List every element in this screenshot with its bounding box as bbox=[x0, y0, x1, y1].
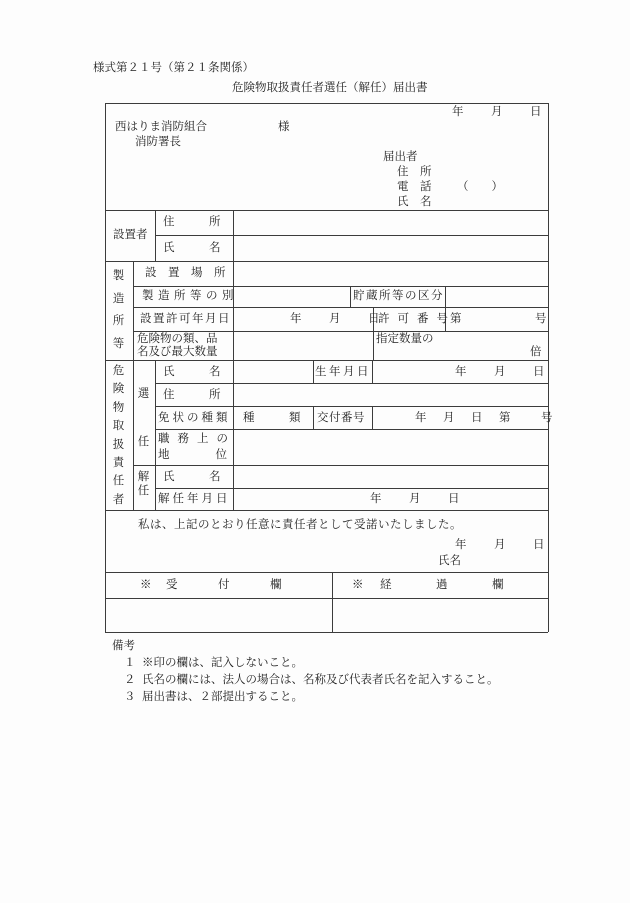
table-border bbox=[105, 572, 548, 573]
remark-item-text: ※印の欄は、記入しないこと。 bbox=[142, 657, 303, 670]
table-border bbox=[372, 360, 373, 383]
table-border bbox=[105, 261, 548, 262]
position-label-line2: 地 位 bbox=[158, 449, 227, 462]
table-border bbox=[133, 286, 548, 287]
permit-number-suffix: 号 bbox=[535, 313, 547, 326]
remark-item-number: １ bbox=[124, 657, 136, 670]
table-border bbox=[155, 210, 156, 261]
reception-column-header: ※ 受 付 欄 bbox=[140, 579, 283, 592]
table-border bbox=[548, 103, 549, 632]
dismiss-date-label: 解任年月日 bbox=[158, 493, 231, 506]
dismissal-label: 解任 bbox=[136, 470, 151, 498]
remark-item-number: ２ bbox=[124, 674, 136, 687]
table-border bbox=[313, 406, 314, 429]
table-border bbox=[155, 488, 548, 489]
table-border bbox=[105, 103, 548, 104]
progress-column-header: ※ 経 過 欄 bbox=[352, 579, 506, 592]
acceptance-date: 年 月 日 bbox=[455, 539, 546, 552]
position-label-line1: 職務上の bbox=[158, 433, 236, 446]
table-border bbox=[105, 360, 548, 361]
installer-name-label: 氏 名 bbox=[163, 242, 221, 255]
installer-address-label: 住 所 bbox=[163, 216, 221, 229]
table-border bbox=[155, 360, 156, 510]
appoint-name-label: 氏 名 bbox=[163, 366, 221, 379]
form-title: 危険物取扱責任者選任（解任）届出書 bbox=[232, 82, 428, 95]
table-border bbox=[133, 331, 548, 332]
table-border bbox=[155, 235, 548, 236]
birth-date-label: 生年月日 bbox=[315, 366, 371, 379]
table-border bbox=[233, 210, 234, 510]
designated-quantity-unit: 倍 bbox=[530, 346, 542, 359]
table-border bbox=[155, 383, 548, 384]
facility-type-label: 製造所等の別 bbox=[142, 290, 238, 303]
remark-item-text: 氏名の欄には、法人の場合は、名称及び代表者氏名を記入すること。 bbox=[142, 674, 499, 687]
supervisor-section-label: 危険物取扱責任者 bbox=[111, 362, 126, 509]
table-border bbox=[133, 261, 134, 510]
notifier-label: 届出者 bbox=[383, 151, 418, 164]
form-number: 様式第２１号（第２１条関係） bbox=[93, 62, 254, 75]
remark-item-number: ３ bbox=[124, 691, 136, 704]
appoint-address-label: 住 所 bbox=[163, 389, 221, 402]
remark-item-text: 届出書は、２部提出すること。 bbox=[142, 691, 303, 704]
table-border bbox=[155, 429, 548, 430]
appointment-label: 選任 bbox=[136, 370, 151, 466]
table-border bbox=[105, 598, 548, 599]
issue-number-value: 年 月 日 第 号 bbox=[415, 412, 555, 425]
table-border bbox=[350, 286, 351, 307]
designated-quantity-label: 指定数量の bbox=[376, 333, 434, 346]
addressee-title: 消防署長 bbox=[135, 136, 181, 149]
header-date-line: 年 月 日 bbox=[452, 106, 543, 119]
dismiss-name-label: 氏 名 bbox=[163, 471, 221, 484]
issue-number-label: 交付番号 bbox=[317, 412, 365, 425]
notifier-phone-paren: （ ） bbox=[457, 181, 503, 194]
hazmat-label-line2: 名及び最大数量 bbox=[137, 346, 218, 359]
notifier-address-label: 住 所 bbox=[397, 166, 432, 179]
dismiss-date-value: 年 月 日 bbox=[370, 493, 461, 506]
table-border bbox=[313, 360, 314, 383]
permit-number-label: 許可番号 bbox=[378, 313, 456, 326]
form-document-page: 様式第２１号（第２１条関係） 危険物取扱責任者選任（解任）届出書 年 月 日 西… bbox=[0, 0, 630, 903]
acceptance-statement: 私は、上記のとおり任意に責任者として受諾いたしました。 bbox=[138, 519, 462, 532]
acceptance-name-label: 氏名 bbox=[438, 555, 461, 568]
storage-class-label: 貯蔵所等の区分 bbox=[353, 290, 444, 303]
notifier-name-label: 氏 名 bbox=[397, 196, 432, 209]
license-type-value: 種 類 bbox=[243, 412, 301, 425]
table-border bbox=[105, 632, 548, 633]
notifier-phone-label: 電 話 bbox=[397, 181, 432, 194]
permit-date-value: 年 月 日 bbox=[290, 313, 381, 326]
permit-number-prefix: 第 bbox=[450, 313, 462, 326]
facility-section-label: 製造所等 bbox=[111, 265, 126, 355]
remarks-title: 備考 bbox=[112, 640, 135, 653]
table-border bbox=[155, 406, 548, 407]
table-border bbox=[105, 103, 106, 632]
hazmat-label-line1: 危険物の類、品 bbox=[137, 333, 218, 346]
installer-section-label: 設置者 bbox=[113, 229, 148, 242]
addressee-org: 西はりま消防組合 bbox=[115, 121, 207, 134]
facility-place-label: 設置場所 bbox=[145, 267, 237, 280]
table-border bbox=[105, 510, 548, 511]
license-label: 免状の種類 bbox=[158, 412, 231, 425]
table-border bbox=[133, 465, 548, 466]
table-border bbox=[133, 307, 548, 308]
table-border bbox=[105, 210, 548, 211]
table-border bbox=[332, 572, 333, 632]
addressee-honorific: 様 bbox=[278, 121, 290, 134]
permit-date-label: 設置許可年月日 bbox=[140, 313, 231, 326]
birth-date-value: 年 月 日 bbox=[455, 366, 546, 379]
table-border bbox=[372, 406, 373, 429]
